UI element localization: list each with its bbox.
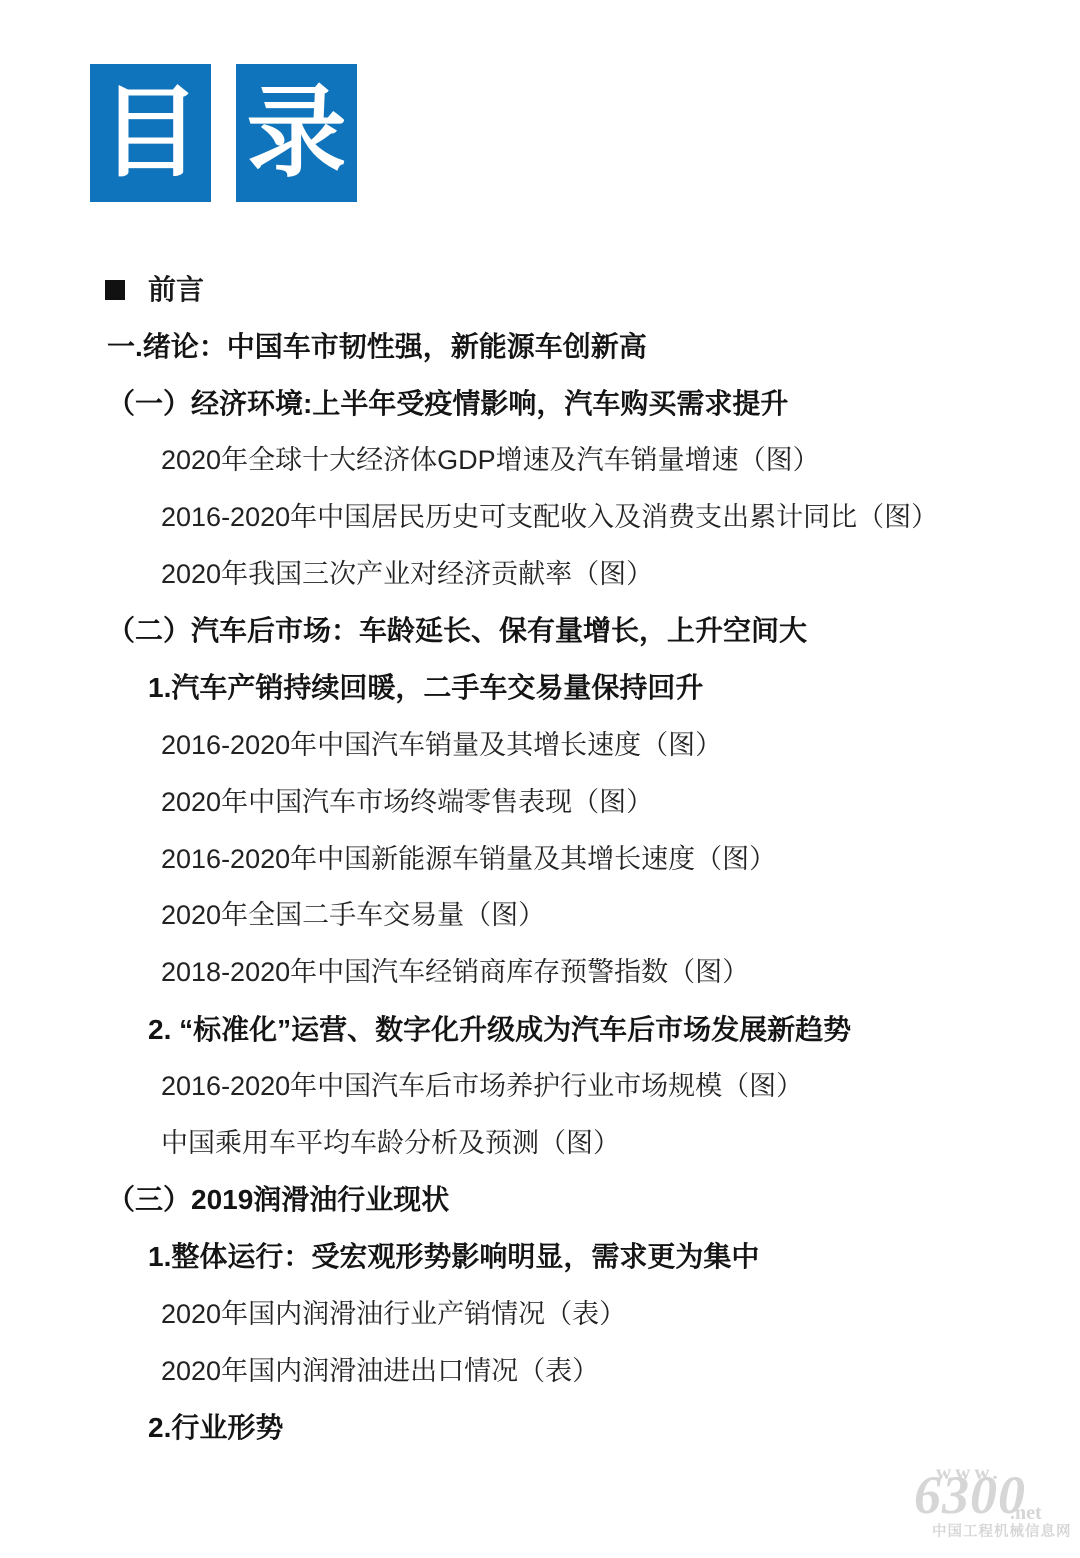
- toc-entry-label: （一）经济环境:上半年受疫情影响，汽车购买需求提升: [107, 389, 788, 420]
- toc-entry-label: 2. “标准化”运营、数字化升级成为汽车后市场发展新趋势: [148, 1015, 851, 1046]
- page-title: 目 录: [90, 64, 357, 202]
- toc-entry-label: 2018-2020年中国汽车经销商库存预警指数（图）: [161, 958, 749, 988]
- toc-entry-label: 2016-2020年中国居民历史可支配收入及消费支出累计同比（图）: [161, 503, 938, 533]
- toc-entry: 2016-2020年中国汽车销量及其增长速度（图）: [0, 717, 1080, 774]
- title-block-mu: 目: [90, 64, 211, 202]
- title-char-1: 目: [101, 83, 201, 183]
- toc-entry-label: 2.行业形势: [148, 1413, 283, 1444]
- toc-entry: （二）汽车后市场：车龄延长、保有量增长，上升空间大: [0, 603, 1080, 660]
- toc-entry: 2020年中国汽车市场终端零售表现（图）: [0, 774, 1080, 831]
- title-char-2: 录: [247, 83, 347, 183]
- toc-entry-label: 2020年全国二手车交易量（图）: [161, 901, 545, 931]
- toc-entry-label: 1.汽车产销持续回暖，二手车交易量保持回升: [148, 673, 703, 704]
- toc-entry: 2020年全球十大经济体GDP增速及汽车销量增速（图）: [0, 433, 1080, 490]
- toc-entry: 1.汽车产销持续回暖，二手车交易量保持回升: [0, 660, 1080, 717]
- watermark-caption: 中国工程机械信息网: [932, 1520, 1072, 1541]
- toc-entry: 2020年全国二手车交易量（图）: [0, 888, 1080, 945]
- toc-entry-label: 2020年国内润滑油行业产销情况（表）: [161, 1300, 626, 1330]
- toc-entry: 2020年国内润滑油行业产销情况（表）: [0, 1286, 1080, 1343]
- toc-entry-label: 2016-2020年中国新能源车销量及其增长速度（图）: [161, 845, 776, 875]
- toc-page: 目 录 前言一.绪论：中国车市韧性强，新能源车创新高（一）经济环境:上半年受疫情…: [0, 0, 1080, 1558]
- toc-entry-label: 2020年国内润滑油进出口情况（表）: [161, 1357, 599, 1387]
- toc-entry: 2016-2020年中国居民历史可支配收入及消费支出累计同比（图）: [0, 490, 1080, 547]
- toc-entry-label: 2020年全球十大经济体GDP增速及汽车销量增速（图）: [161, 446, 820, 476]
- toc-entry-label: 中国乘用车平均车龄分析及预测（图）: [161, 1129, 620, 1159]
- toc-entry-label: 前言: [148, 275, 204, 306]
- toc-entry: （一）经济环境:上半年受疫情影响，汽车购买需求提升: [0, 376, 1080, 433]
- watermark-logo: www. 6300 .net 中国工程机械信息网: [898, 1458, 1070, 1550]
- watermark-net: .net: [1010, 1502, 1042, 1525]
- toc-entry: 2. “标准化”运营、数字化升级成为汽车后市场发展新趋势: [0, 1002, 1080, 1059]
- toc-entry: 中国乘用车平均车龄分析及预测（图）: [0, 1115, 1080, 1172]
- toc-entry: 前言: [0, 262, 1080, 319]
- toc-entry-label: 2020年中国汽车市场终端零售表现（图）: [161, 788, 653, 818]
- bullet-square-icon: [105, 280, 125, 300]
- toc-entry: 一.绪论：中国车市韧性强，新能源车创新高: [0, 319, 1080, 376]
- watermark-number: 6300: [914, 1464, 1026, 1526]
- watermark-www: www.: [936, 1460, 1002, 1485]
- toc-entry-label: 1.整体运行：受宏观形势影响明显，需求更为集中: [148, 1242, 759, 1273]
- toc-entry: 2020年我国三次产业对经济贡献率（图）: [0, 546, 1080, 603]
- title-block-lu: 录: [236, 64, 357, 202]
- toc-entry: 1.整体运行：受宏观形势影响明显，需求更为集中: [0, 1229, 1080, 1286]
- toc-entry: 2016-2020年中国新能源车销量及其增长速度（图）: [0, 831, 1080, 888]
- toc-entry-label: 2016-2020年中国汽车销量及其增长速度（图）: [161, 731, 722, 761]
- toc-entry-label: （二）汽车后市场：车龄延长、保有量增长，上升空间大: [107, 616, 807, 647]
- toc-entry: 2020年国内润滑油进出口情况（表）: [0, 1343, 1080, 1400]
- toc-entry-label: 一.绪论：中国车市韧性强，新能源车创新高: [107, 332, 647, 363]
- toc-list: 前言一.绪论：中国车市韧性强，新能源车创新高（一）经济环境:上半年受疫情影响，汽…: [0, 262, 1080, 1457]
- toc-entry-label: 2020年我国三次产业对经济贡献率（图）: [161, 560, 653, 590]
- toc-entry-label: （三）2019润滑油行业现状: [107, 1185, 449, 1216]
- toc-entry: （三）2019润滑油行业现状: [0, 1172, 1080, 1229]
- toc-entry-label: 2016-2020年中国汽车后市场养护行业市场规模（图）: [161, 1072, 803, 1102]
- toc-entry: 2.行业形势: [0, 1400, 1080, 1457]
- toc-entry: 2016-2020年中国汽车后市场养护行业市场规模（图）: [0, 1058, 1080, 1115]
- toc-entry: 2018-2020年中国汽车经销商库存预警指数（图）: [0, 945, 1080, 1002]
